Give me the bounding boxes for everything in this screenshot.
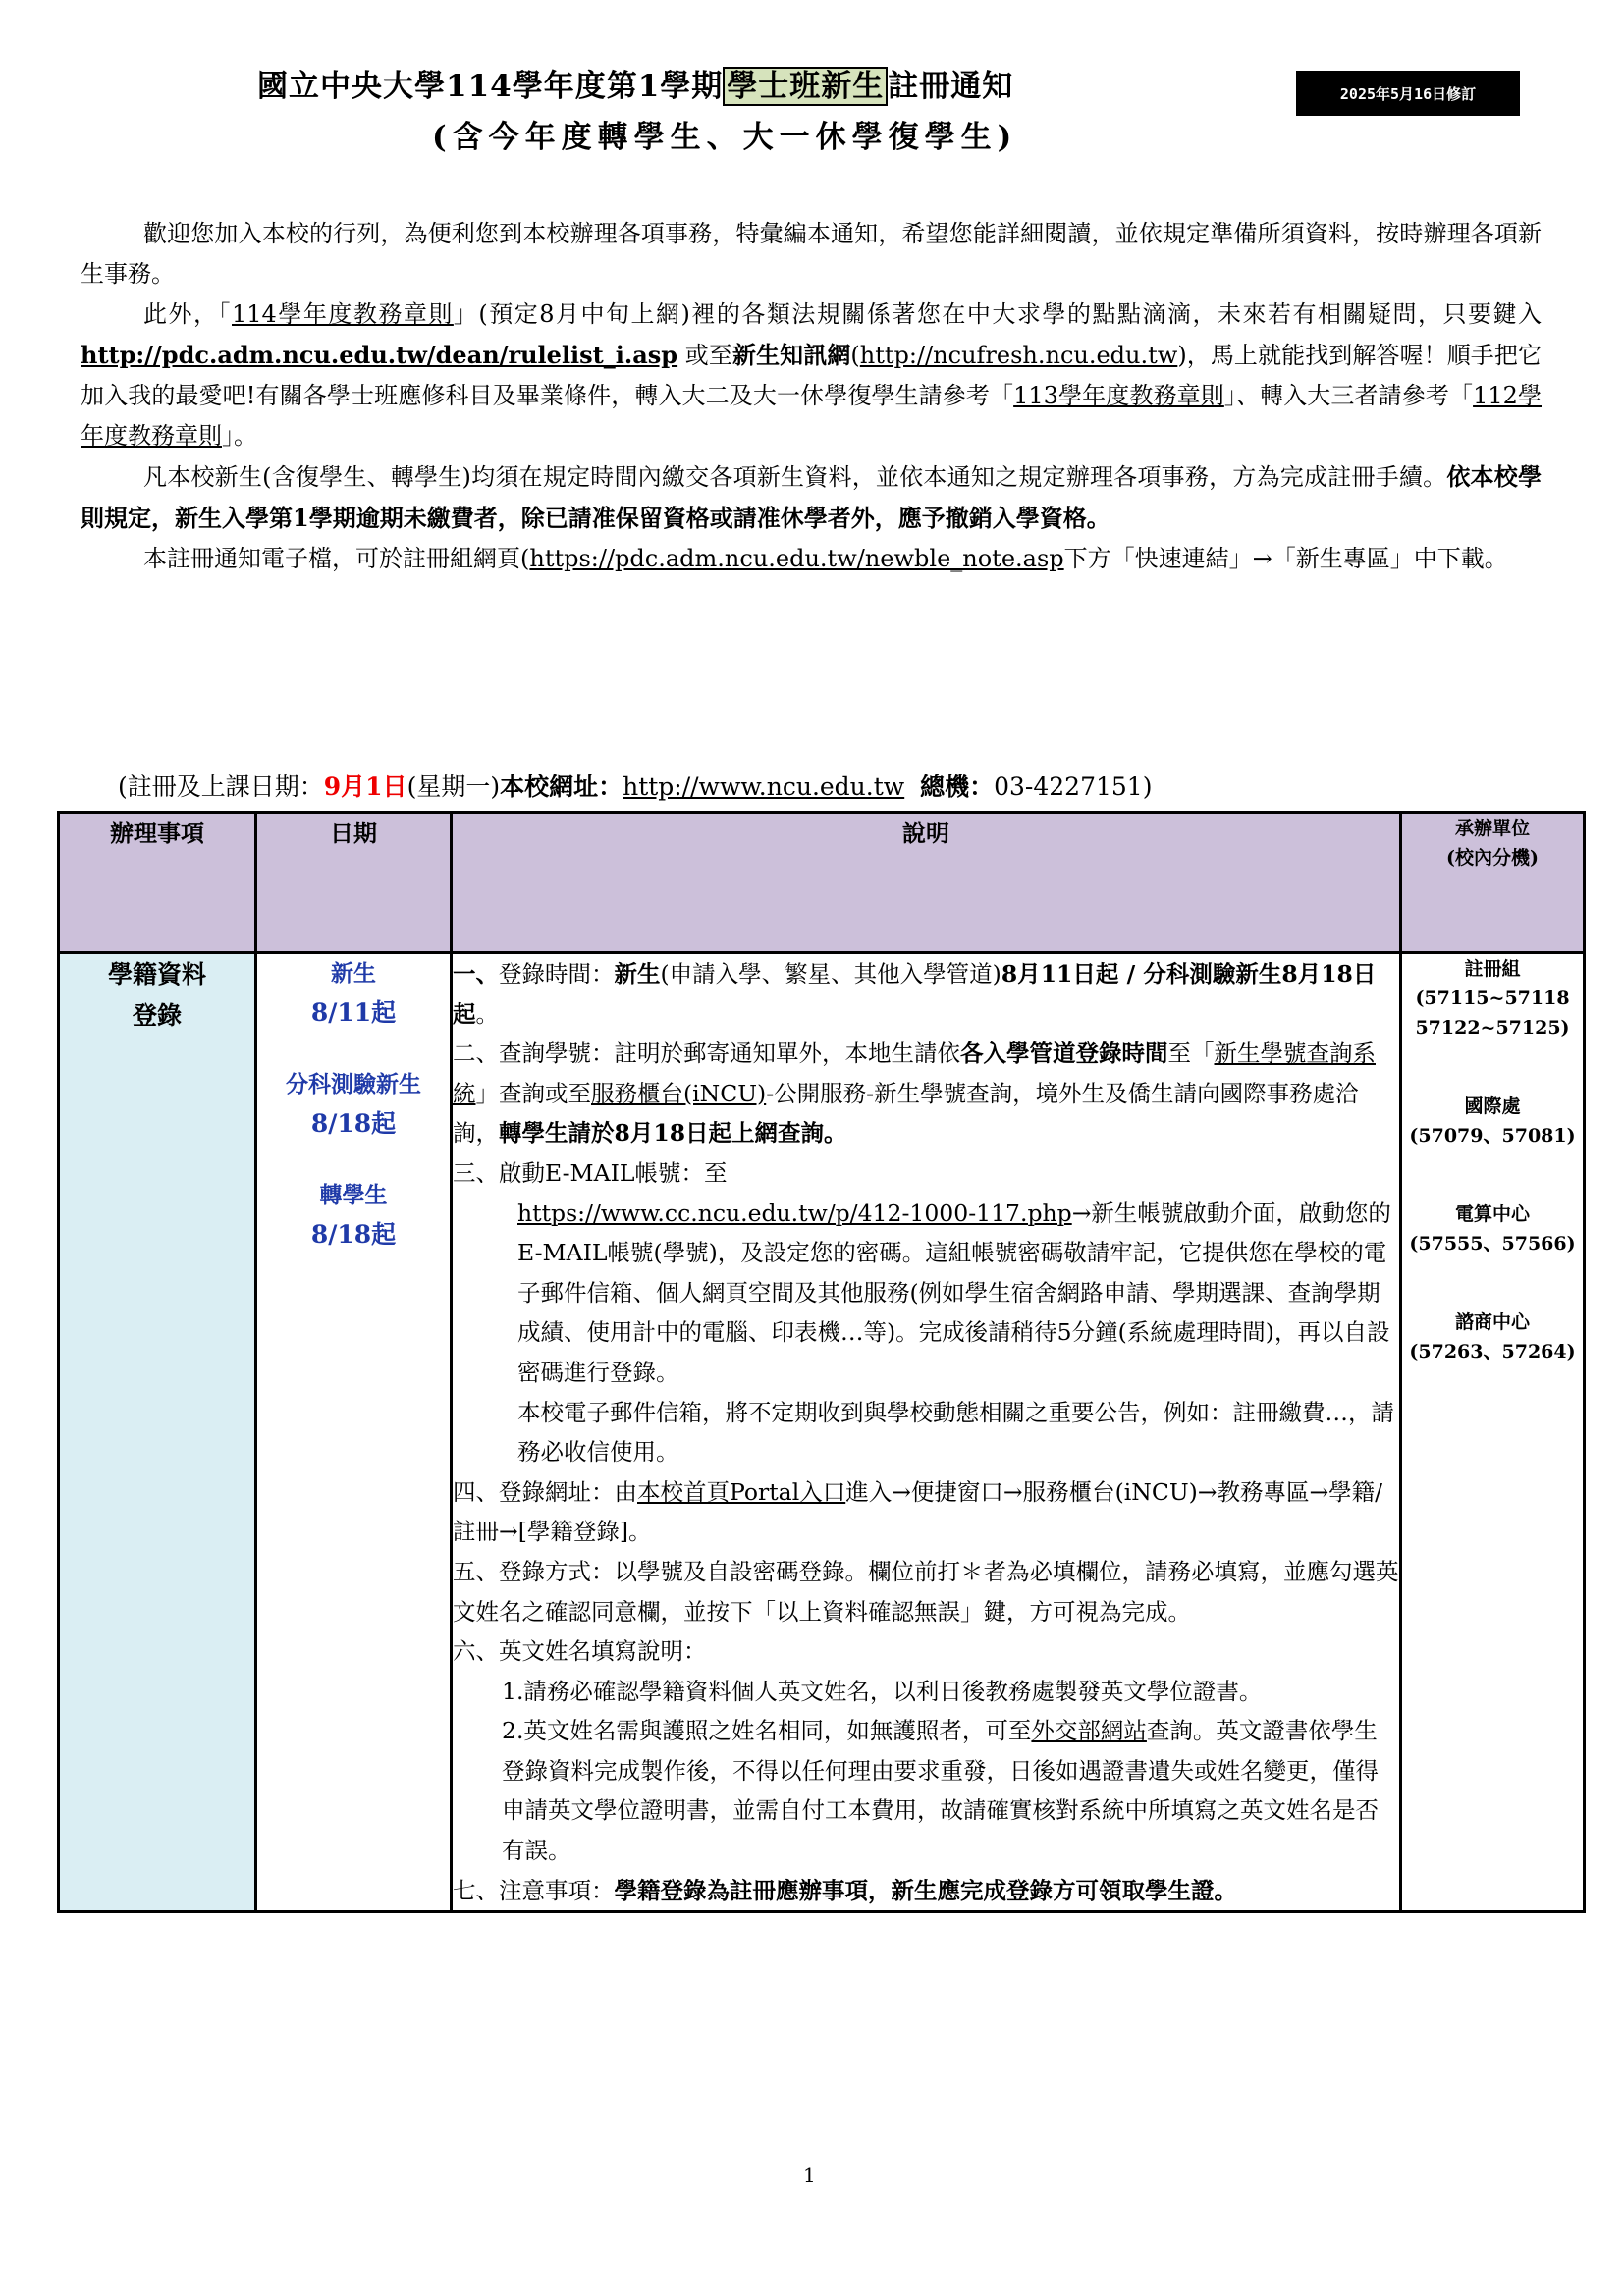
link-114-rules[interactable]: 114學年度教務章則 (232, 300, 454, 328)
text: 注意事項： (499, 1877, 615, 1904)
section-6-item-2: 2.英文姓名需與護照之姓名相同，如無護照者，可至外交部網站查詢。英文證書依學生登… (453, 1711, 1399, 1870)
header-unit: 承辦單位(校內分機) (1401, 813, 1585, 953)
text: 」。 (222, 422, 257, 450)
unit-cell: 註冊組(57115~57118 57122~57125) 國際處(57079、5… (1401, 953, 1585, 1912)
text: 登錄方式：以學號及自設密碼登錄。欄位前打＊者為必填欄位，請務必填寫，並應勾選英文… (453, 1558, 1399, 1626)
link-ncufresh[interactable]: http://ncufresh.ncu.edu.tw (860, 342, 1178, 369)
text: 查詢學號：註明於郵寄通知單外，本地生請依 (499, 1040, 960, 1067)
item-cell: 學籍資料登錄 (59, 953, 256, 1912)
phone-number: 03-4227151) (994, 773, 1152, 801)
text: (57263、57264) (1402, 1337, 1583, 1366)
section-6: 六、英文姓名填寫說明： (453, 1631, 1399, 1672)
section-4: 四、登錄網址：由本校首頁Portal入口進入→便捷窗口→服務櫃台(iNCU)→教… (453, 1472, 1399, 1552)
link-mofa[interactable]: 外交部網站 (1031, 1717, 1147, 1744)
text: (57079、57081) (1402, 1121, 1583, 1150)
section-1: 一、登錄時間：新生(申請入學、繁星、其他入學管道)8月11日起 / 分科測驗新生… (453, 954, 1399, 1034)
text: 轉學生請於8月18日起上網查詢。 (499, 1119, 847, 1147)
description-cell: 一、登錄時間：新生(申請入學、繁星、其他入學管道)8月11日起 / 分科測驗新生… (452, 953, 1401, 1912)
text: 英文姓名填寫說明： (499, 1637, 707, 1665)
text: 國際處 (1402, 1092, 1583, 1121)
link-incu[interactable]: 服務櫃台(iNCU) (591, 1080, 766, 1107)
text: 新生 (615, 960, 661, 988)
text: (星期一) (407, 773, 501, 801)
text: 各入學管道登錄時間 (960, 1040, 1168, 1067)
date-cell: 新生8/11起 分科測驗新生8/18起 轉學生8/18起 (256, 953, 452, 1912)
unit-registration: 註冊組(57115~57118 57122~57125) (1402, 954, 1583, 1042)
text: 8/18起 (257, 1104, 450, 1144)
link-portal[interactable]: 本校首頁Portal入口 (637, 1478, 845, 1506)
section-6-item-1: 1.請務必確認學籍資料個人英文姓名，以利日後教務處製發英文學位證書。 (453, 1672, 1399, 1712)
text: 。 (476, 1000, 500, 1028)
text: 分科測驗新生 (257, 1065, 450, 1104)
header-item: 辦理事項 (59, 813, 256, 953)
intro-paragraph-1: 歡迎您加入本校的行列，為便利您到本校辦理各項事務，特彙編本通知，希望您能詳細閱讀… (81, 214, 1542, 294)
text: (57115~57118 57122~57125) (1402, 984, 1583, 1042)
intro-paragraph-3: 凡本校新生(含復學生、轉學生)均須在規定時間內繳交各項新生資料，並依本通知之規定… (81, 456, 1542, 539)
text: (申請入學、繁星、其他入學管道) (661, 960, 1001, 988)
table-header-row: 辦理事項 日期 說明 承辦單位(校內分機) (59, 813, 1585, 953)
text: 四、 (453, 1478, 499, 1506)
date-group: 轉學生8/18起 (257, 1176, 450, 1255)
text: 三、 (453, 1159, 499, 1187)
text: 電算中心 (1402, 1200, 1583, 1229)
text: →新生帳號啟動介面，啟動您的E-MAIL帳號(學號)，及設定您的密碼。這組帳號密… (517, 1200, 1391, 1386)
text: 」查詢或至 (476, 1080, 592, 1107)
intro-paragraph-2: 此外，「114學年度教務章則」(預定8月中旬上網)裡的各類法規關係著您在中大求學… (81, 294, 1542, 456)
link-newble-note[interactable]: https://pdc.adm.ncu.edu.tw/newble_note.a… (529, 545, 1063, 572)
text: 二、 (453, 1040, 499, 1067)
page-subtitle: (含今年度轉學生、大一休學復學生) (432, 116, 1017, 159)
text: 登錄 (60, 995, 254, 1037)
text: 8/11起 (257, 993, 450, 1033)
title-prefix: 國立中央大學114學年度第1學期 (257, 69, 723, 104)
unit-computer-center: 電算中心(57555、57566) (1402, 1200, 1583, 1258)
text: 此外，「 (143, 300, 232, 328)
text: 本註冊通知電子檔，可於註冊組網頁( (143, 545, 529, 572)
date-group: 新生8/11起 (257, 954, 450, 1033)
text: 」、轉入大三者請參考「 (1224, 382, 1473, 409)
revision-badge: 2025年5月16日修訂 (1296, 71, 1520, 116)
section-2: 二、查詢學號：註明於郵寄通知單外，本地生請依各入學管道登錄時間至「新生學號查詢系… (453, 1034, 1399, 1153)
text: 一、 (453, 960, 499, 988)
text: 登錄時間： (499, 960, 615, 988)
header-desc: 說明 (452, 813, 1401, 953)
title-highlight: 學士班新生 (723, 67, 888, 106)
section-3: 三、啟動E-MAIL帳號：至 (453, 1153, 1399, 1194)
text: 學籍登錄為註冊應辦事項，新生應完成登錄方可領取學生證。 (615, 1877, 1238, 1904)
text: (57555、57566) (1402, 1229, 1583, 1258)
link-ncu-site[interactable]: http://www.ncu.edu.tw (623, 773, 904, 801)
header-date: 日期 (256, 813, 452, 953)
text: 新生 (257, 954, 450, 993)
text: 諮商中心 (1402, 1308, 1583, 1337)
registration-info: (註冊及上課日期：9月1日(星期一)本校網址：http://www.ncu.ed… (118, 768, 1152, 807)
text: 承辦單位 (1402, 814, 1583, 843)
unit-counseling: 諮商中心(57263、57264) (1402, 1308, 1583, 1366)
section-3-note: 本校電子郵件信箱，將不定期收到與學校動態相關之重要公告，例如：註冊繳費…，請務必… (453, 1393, 1399, 1472)
page-number: 1 (803, 2163, 816, 2187)
text: 註冊組 (1402, 954, 1583, 984)
link-cc-email[interactable]: https://www.cc.ncu.edu.tw/p/412-1000-117… (517, 1200, 1072, 1227)
section-7: 七、注意事項：學籍登錄為註冊應辦事項，新生應完成登錄方可領取學生證。 (453, 1871, 1399, 1911)
text-bold: 新生知訊網 (732, 341, 850, 369)
text: 六、 (453, 1637, 499, 1665)
registration-table: 辦理事項 日期 說明 承辦單位(校內分機) 學籍資料登錄 新生8/11起 分科測… (57, 811, 1586, 1913)
text: 五、 (453, 1558, 499, 1585)
text: 」(預定8月中旬上網)裡的各類法規關係著您在中大求學的點點滴滴，未來若有相關疑問… (454, 300, 1542, 328)
text: ( (850, 342, 859, 369)
text: 或至 (677, 342, 732, 369)
text: 啟動E-MAIL帳號：至 (499, 1159, 727, 1187)
text: 8/18起 (257, 1215, 450, 1255)
text: 總機： (920, 773, 994, 801)
section-3-body: https://www.cc.ncu.edu.tw/p/412-1000-117… (453, 1194, 1399, 1393)
text: 凡本校新生(含復學生、轉學生)均須在規定時間內繳交各項新生資料，並依本通知之規定… (143, 463, 1446, 491)
date-group: 分科測驗新生8/18起 (257, 1065, 450, 1144)
intro-section: 歡迎您加入本校的行列，為便利您到本校辦理各項事務，特彙編本通知，希望您能詳細閱讀… (81, 214, 1542, 579)
text: 七、 (453, 1877, 499, 1904)
text: 下方「快速連結」→「新生專區」中下載。 (1064, 545, 1508, 572)
link-rulelist[interactable]: http://pdc.adm.ncu.edu.tw/dean/rulelist_… (81, 341, 677, 369)
section-5: 五、登錄方式：以學號及自設密碼登錄。欄位前打＊者為必填欄位，請務必填寫，並應勾選… (453, 1552, 1399, 1631)
page-title: 國立中央大學114學年度第1學期學士班新生註冊通知 (257, 65, 1013, 108)
intro-paragraph-4: 本註冊通知電子檔，可於註冊組網頁(https://pdc.adm.ncu.edu… (81, 539, 1542, 579)
title-suffix: 註冊通知 (888, 69, 1013, 104)
registration-date: 9月1日 (324, 773, 407, 801)
text: 至「 (1168, 1040, 1215, 1067)
text: 轉學生 (257, 1176, 450, 1215)
text: 學籍資料 (60, 954, 254, 995)
text: 本校網址： (500, 773, 623, 801)
text: 2.英文姓名需與護照之姓名相同，如無護照者，可至 (502, 1717, 1031, 1744)
table-row: 學籍資料登錄 新生8/11起 分科測驗新生8/18起 轉學生8/18起 一、登錄… (59, 953, 1585, 1912)
unit-international: 國際處(57079、57081) (1402, 1092, 1583, 1150)
text: (校內分機) (1402, 843, 1583, 873)
link-113-rules[interactable]: 113學年度教務章則 (1013, 382, 1224, 409)
text: (註冊及上課日期： (118, 773, 324, 801)
text: 登錄網址：由 (499, 1478, 637, 1506)
